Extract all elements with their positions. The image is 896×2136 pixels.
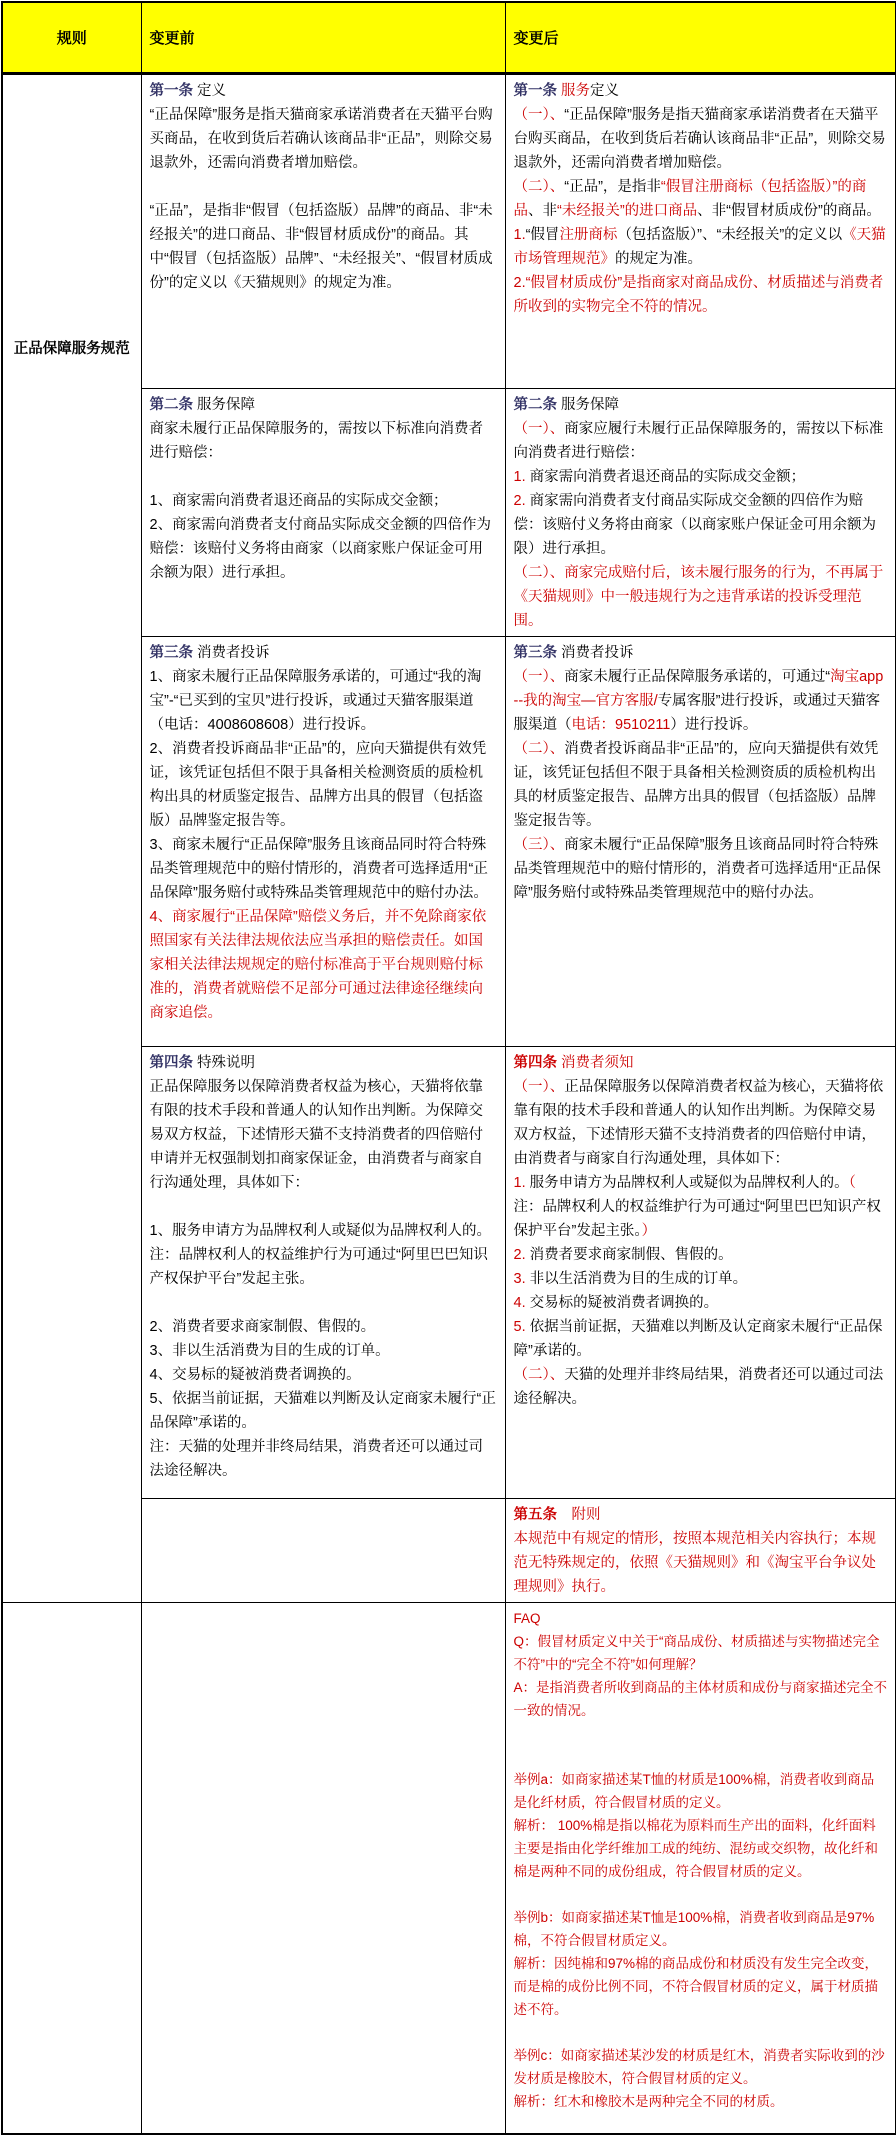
text-run: 定义 [590,83,619,99]
text-run: 举例b：如商家描述某T恤是100%棉，消费者收到商品是97%棉，不符合假冒材质定… [514,1910,875,1948]
paragraph: 商家未履行正品保障服务的，需按以下标准向消费者进行赔偿： [150,417,497,465]
text-run: 依据当前证据，天猫难以判断及认定商家未履行“正品保障”承诺的。 [514,1319,883,1359]
text-run: 消费者要求商家制假、售假的。 [530,1247,733,1263]
cell-article3-after: 第三条 消费者投诉（一）、商家未履行正品保障服务承诺的，可通过“淘宝app--我… [505,636,896,1046]
text-run: 商家需向消费者退还商品的实际成交金额； [530,469,806,485]
header-after-column: 变更后 [505,2,896,73]
paragraph: 1. 服务申请方为品牌权利人或疑似为品牌权利人的。（ [514,1171,888,1195]
text-run: 正品保障服务以保障消费者权益为核心，天猫将依靠有限的技术手段和普通人的认知作出判… [514,1079,884,1167]
text-run: 1、服务申请方为品牌权利人或疑似为品牌权利人的。 [150,1223,492,1239]
text-run: 、非“假冒材质成份”的商品。 [697,203,881,219]
paragraph: 1、商家需向消费者退还商品的实际成交金额； [150,489,497,513]
paragraph: 注：品牌权利人的权益维护行为可通过“阿里巴巴知识产权保护平台”发起主张。） [514,1195,888,1243]
text-run: 电话：9510211 [572,717,671,733]
paragraph [150,1195,497,1219]
text-run: 2、商家需向消费者支付商品实际成交金额的四倍作为赔偿：该赔付义务将由商家（以商家… [150,517,492,581]
paragraph [514,1883,888,1906]
paragraph: （一）、商家应履行未履行正品保障服务的，需按以下标准向消费者进行赔偿： [514,417,888,465]
text-run: Q：假冒材质定义中关于“商品成份、材质描述与实物描述完全不符”中的“完全不符”如… [514,1634,880,1672]
text-run: 第一条 [150,83,198,99]
text-run: 消费者投诉商品非“正品”的，应向天猫提供有效凭证，该凭证包括但不限于具备相关检测… [514,741,879,829]
text-run: 第三条 [150,645,198,661]
paragraph: A：是指消费者所收到商品的主体材质和成份与商家描述完全不一致的情况。 [514,1676,888,1722]
text-run: 消费者投诉 [561,645,634,661]
paragraph: （二）、商家完成赔付后，该未履行服务的行为，不再属于《天猫规则》中一般违规行为之… [514,561,888,633]
paragraph: 举例a：如商家描述某T恤的材质是100%棉，消费者收到商品是化纤材质，符合假冒材… [514,1768,888,1814]
text-run: （ [849,1175,856,1191]
text-run: ） [642,1223,657,1239]
paragraph: （二）、天猫的处理并非终局结果，消费者还可以通过司法途径解决。 [514,1363,888,1411]
paragraph: 1、服务申请方为品牌权利人或疑似为品牌权利人的。 [150,1219,497,1243]
paragraph: 5、依据当前证据，天猫难以判断及认定商家未履行“正品保障”承诺的。 [150,1387,497,1435]
paragraph: 第三条 消费者投诉 [514,641,888,665]
paragraph: 解析：红木和橡胶木是两种完全不同的材质。 [514,2090,888,2113]
text-run: 2. [514,493,530,509]
text-run: 服务保障 [561,397,619,413]
cell-article4-before: 第四条 特殊说明正品保障服务以保障消费者权益为核心，天猫将依靠有限的技术手段和普… [141,1046,505,1498]
text-run: 消费者投诉 [197,645,270,661]
paragraph: FAQ [514,1607,888,1630]
paragraph: 第四条 消费者须知 [514,1051,888,1075]
text-run: （包括盗版）”、“未经报关”的定义以 [617,227,842,243]
text-run: 1. [514,469,530,485]
text-run: 注：天猫的处理并非终局结果，消费者还可以通过司法途径解决。 [150,1439,484,1479]
paragraph [514,2021,888,2044]
text-run: 3、非以生活消费为目的生成的订单。 [150,1343,390,1359]
text-run: 第二条 [150,397,198,413]
text-run: 第二条 [514,397,562,413]
paragraph: 4、交易标的疑被消费者调换的。 [150,1363,497,1387]
paragraph: 2、消费者要求商家制假、售假的。 [150,1315,497,1339]
text-run: “正品”，是指非 [564,179,661,195]
cell-article5-after: 第五条 附则本规范中有规定的情形，按照本规范相关内容执行；本规范无特殊规定的，依… [505,1498,896,1602]
text-run: 1. [514,1175,530,1191]
text-run: 4、交易标的疑被消费者调换的。 [150,1367,361,1383]
text-run: 3、商家未履行“正品保障”服务且该商品同时符合特殊品类管理规范中的赔付情形的，消… [150,837,488,901]
text-run: 注：品牌权利人的权益维护行为可通过“阿里巴巴知识产权保护平台”发起主张。 [150,1247,488,1287]
cell-article3-before: 第三条 消费者投诉1、商家未履行正品保障服务承诺的，可通过“我的淘宝”-“已买到… [141,636,505,1046]
paragraph: 第二条 服务保障 [150,393,497,417]
text-run: 服务保障 [197,397,255,413]
text-run: “假冒 [526,227,560,243]
text-run: FAQ [514,1611,541,1626]
cell-faq-after: FAQQ：假冒材质定义中关于“商品成份、材质描述与实物描述完全不符”中的“完全不… [505,1602,896,2134]
paragraph: 解析： 100%棉是指以棉花为原料而生产出的面料，化纤面料主要是指由化学纤维加工… [514,1814,888,1883]
text-run: 第四条 [514,1055,562,1071]
paragraph: （三）、商家未履行“正品保障”服务且该商品同时符合特殊品类管理规范中的赔付情形的… [514,833,888,905]
text-run: 第五条 [514,1507,572,1523]
paragraph: 注：品牌权利人的权益维护行为可通过“阿里巴巴知识产权保护平台”发起主张。 [150,1243,497,1291]
text-run: 注：品牌权利人的权益维护行为可通过“阿里巴巴知识产权保护平台”发起主张。 [514,1199,881,1239]
text-run: 5. [514,1319,530,1335]
paragraph: 2. 商家需向消费者支付商品实际成交金额的四倍作为赔偿：该赔付义务将由商家（以商… [514,489,888,561]
text-run: 非以生活消费为目的生成的订单。 [530,1271,748,1287]
text-run: 2、消费者要求商家制假、售假的。 [150,1319,376,1335]
paragraph: 4、商家履行“正品保障”赔偿义务后，并不免除商家依照国家有关法律法规依法应当承担… [150,905,497,1025]
paragraph: 第二条 服务保障 [514,393,888,417]
cell-article1-before: 第一条 定义“正品保障”服务是指天猫商家承诺消费者在天猫平台购买商品，在收到货后… [141,73,505,388]
text-run: 4. [514,1295,530,1311]
text-run: 解析：因纯棉和97%棉的商品成份和材质没有发生完全改变，而是棉的成份比例不同，不… [514,1956,879,2017]
text-run: （三）、 [514,837,565,853]
text-run: 2.“假冒材质成份”是指商家对商品成份、材质描述与消费者所收到的实物完全不符的情… [514,275,884,315]
text-run: （一）、 [514,107,565,123]
paragraph: （一）、正品保障服务以保障消费者权益为核心，天猫将依靠有限的技术手段和普通人的认… [514,1075,888,1171]
text-run: 4、商家履行“正品保障”赔偿义务后，并不免除商家依照国家有关法律法规依法应当承担… [150,909,487,1021]
paragraph: 3、非以生活消费为目的生成的订单。 [150,1339,497,1363]
paragraph: 第五条 附则 [514,1503,888,1527]
text-run: ）进行投诉。 [670,717,757,733]
text-run: 第一条 [514,83,562,99]
paragraph: Q：假冒材质定义中关于“商品成份、材质描述与实物描述完全不符”中的“完全不符”如… [514,1630,888,1676]
paragraph: （一）、“正品保障”服务是指天猫商家承诺消费者在天猫平台购买商品，在收到货后若确… [514,103,888,175]
text-run: 1、商家需向消费者退还商品的实际成交金额； [150,493,448,509]
text-run: 1、商家未履行正品保障服务承诺的，可通过“我的淘宝”-“已买到的宝贝”进行投诉，… [150,669,482,733]
rule-change-page: 规则 变更前 变更后 正品保障服务规范 第一条 定义“正品保障”服务是指天猫商家… [0,1,896,2135]
text-run: 、非 [528,203,557,219]
paragraph: 1、商家未履行正品保障服务承诺的，可通过“我的淘宝”-“已买到的宝贝”进行投诉，… [150,665,497,737]
paragraph: 1. 商家需向消费者退还商品的实际成交金额； [514,465,888,489]
paragraph [150,175,497,199]
header-before-column: 变更前 [141,2,505,73]
text-run: “正品保障”服务是指天猫商家承诺消费者在天猫平台购买商品，在收到货后若确认该商品… [514,107,886,171]
paragraph [514,1722,888,1745]
cell-faq-before-empty [141,1602,505,2134]
paragraph: （二）、“正品”，是指非“假冒注册商标（包括盗版）”的商品、非“未经报关”的进口… [514,175,888,223]
text-run: 附则 [572,1507,601,1523]
paragraph: 注：天猫的处理并非终局结果，消费者还可以通过司法途径解决。 [150,1435,497,1483]
text-run: 本规范中有规定的情形，按照本规范相关内容执行；本规范无特殊规定的，依照《天猫规则… [514,1531,877,1595]
text-run: （一）、 [514,421,565,437]
paragraph: 举例b：如商家描述某T恤是100%棉，消费者收到商品是97%棉，不符合假冒材质定… [514,1906,888,1952]
paragraph: 2、商家需向消费者支付商品实际成交金额的四倍作为赔偿：该赔付义务将由商家（以商家… [150,513,497,585]
rule-change-table: 规则 变更前 变更后 正品保障服务规范 第一条 定义“正品保障”服务是指天猫商家… [1,1,896,2135]
text-run: 举例c：如商家描述某沙发的材质是红木，消费者实际收到的沙发材质是橡胶木，符合假冒… [514,2048,885,2086]
text-run: 解析： 100%棉是指以棉花为原料而生产出的面料，化纤面料主要是指由化学纤维加工… [514,1818,879,1879]
paragraph: 1.“假冒注册商标（包括盗版）”、“未经报关”的定义以《天猫市场管理规范》的规定… [514,223,888,271]
text-run: 定义 [197,83,226,99]
text-run: 举例a：如商家描述某T恤的材质是100%棉，消费者收到商品是化纤材质，符合假冒材… [514,1772,875,1810]
paragraph: 解析：因纯棉和97%棉的商品成份和材质没有发生完全改变，而是棉的成份比例不同，不… [514,1952,888,2021]
text-run: 商家需向消费者支付商品实际成交金额的四倍作为赔偿：该赔付义务将由商家（以商家账户… [514,493,877,557]
paragraph: “正品保障”服务是指天猫商家承诺消费者在天猫平台购买商品，在收到货后若确认该商品… [150,103,497,175]
text-run: 解析：红木和橡胶木是两种完全不同的材质。 [514,2094,784,2109]
text-run: （二）、商家完成赔付后，该未履行服务的行为，不再属于《天猫规则》中一般违规行为之… [514,565,884,629]
text-run: 2、消费者投诉商品非“正品”的，应向天猫提供有效凭证，该凭证包括但不限于具备相关… [150,741,487,829]
text-run: “正品保障”服务是指天猫商家承诺消费者在天猫平台购买商品，在收到货后若确认该商品… [150,107,493,171]
text-run: 3. [514,1271,530,1287]
cell-faq-rule-empty [2,1602,141,2134]
text-run: 第三条 [514,645,562,661]
paragraph: 举例c：如商家描述某沙发的材质是红木，消费者实际收到的沙发材质是橡胶木，符合假冒… [514,2044,888,2090]
paragraph: “正品”，是指非“假冒（包括盗版）品牌”的商品、非“未经报关”的进口商品、非“假… [150,199,497,295]
paragraph [514,1745,888,1768]
text-run: 5、依据当前证据，天猫难以判断及认定商家未履行“正品保障”承诺的。 [150,1391,496,1431]
text-run: 服务 [561,83,590,99]
paragraph: 2. 消费者要求商家制假、售假的。 [514,1243,888,1267]
text-run: （二）、 [514,1367,565,1383]
cell-article2-after: 第二条 服务保障（一）、商家应履行未履行正品保障服务的，需按以下标准向消费者进行… [505,388,896,636]
paragraph: 第一条 服务定义 [514,79,888,103]
paragraph: （二）、消费者投诉商品非“正品”的，应向天猫提供有效凭证，该凭证包括但不限于具备… [514,737,888,833]
text-run: 第四条 [150,1055,198,1071]
text-run: A：是指消费者所收到商品的主体材质和成份与商家描述完全不一致的情况。 [514,1680,888,1718]
text-run: 商家未履行正品保障服务的，需按以下标准向消费者进行赔偿： [150,421,484,461]
text-run: （一）、 [514,669,565,685]
text-run: 消费者须知 [561,1055,634,1071]
paragraph: 3、商家未履行“正品保障”服务且该商品同时符合特殊品类管理规范中的赔付情形的，消… [150,833,497,905]
row-article-1: 正品保障服务规范 第一条 定义“正品保障”服务是指天猫商家承诺消费者在天猫平台购… [2,73,896,388]
paragraph: 5. 依据当前证据，天猫难以判断及认定商家未履行“正品保障”承诺的。 [514,1315,888,1363]
header-rule-column: 规则 [2,2,141,73]
text-run: （一）、 [514,1079,565,1095]
text-run: 正品保障服务以保障消费者权益为核心，天猫将依靠有限的技术手段和普通人的认知作出判… [150,1079,484,1191]
text-run: 商家应履行未履行正品保障服务的，需按以下标准向消费者进行赔偿： [514,421,884,461]
text-run: （二）、 [514,179,565,195]
paragraph: 正品保障服务以保障消费者权益为核心，天猫将依靠有限的技术手段和普通人的认知作出判… [150,1075,497,1195]
text-run: “未经报关”的进口商品 [557,203,697,219]
text-run: 服务申请方为品牌权利人或疑似为品牌权利人的。 [530,1175,849,1191]
text-run: 注册商标 [559,227,617,243]
row-faq: FAQQ：假冒材质定义中关于“商品成份、材质描述与实物描述完全不符”中的“完全不… [2,1602,896,2134]
text-run: 天猫的处理并非终局结果，消费者还可以通过司法途径解决。 [514,1367,884,1407]
cell-article4-after: 第四条 消费者须知（一）、正品保障服务以保障消费者权益为核心，天猫将依靠有限的技… [505,1046,896,1498]
paragraph: 4. 交易标的疑被消费者调换的。 [514,1291,888,1315]
paragraph: 2、消费者投诉商品非“正品”的，应向天猫提供有效凭证，该凭证包括但不限于具备相关… [150,737,497,833]
text-run: “正品”，是指非“假冒（包括盗版）品牌”的商品、非“未经报关”的进口商品、非“假… [150,203,493,291]
cell-article2-before: 第二条 服务保障商家未履行正品保障服务的，需按以下标准向消费者进行赔偿：1、商家… [141,388,505,636]
paragraph: 第四条 特殊说明 [150,1051,497,1075]
text-run: （二）、 [514,741,565,757]
paragraph [150,465,497,489]
cell-article1-after: 第一条 服务定义（一）、“正品保障”服务是指天猫商家承诺消费者在天猫平台购买商品… [505,73,896,388]
text-run: 交易标的疑被消费者调换的。 [530,1295,719,1311]
text-run: 2. [514,1247,530,1263]
cell-article5-before [141,1498,505,1602]
text-run: 商家未履行正品保障服务承诺的，可通过“ [564,669,830,685]
text-run: 1. [514,227,526,243]
text-run: 商家未履行“正品保障”服务且该商品同时符合特殊品类管理规范中的赔付情形的，消费者… [514,837,881,901]
paragraph [150,1291,497,1315]
table-header: 规则 变更前 变更后 [2,2,896,73]
paragraph: 2.“假冒材质成份”是指商家对商品成份、材质描述与消费者所收到的实物完全不符的情… [514,271,888,319]
text-run: 特殊说明 [197,1055,255,1071]
rule-name-cell: 正品保障服务规范 [2,73,141,1602]
paragraph: （一）、商家未履行正品保障服务承诺的，可通过“淘宝app--我的淘宝—官方客服/… [514,665,888,737]
paragraph: 本规范中有规定的情形，按照本规范相关内容执行；本规范无特殊规定的，依照《天猫规则… [514,1527,888,1599]
paragraph: 第一条 定义 [150,79,497,103]
paragraph: 3. 非以生活消费为目的生成的订单。 [514,1267,888,1291]
paragraph: 第三条 消费者投诉 [150,641,497,665]
text-run: 的规定为准。 [615,251,702,267]
